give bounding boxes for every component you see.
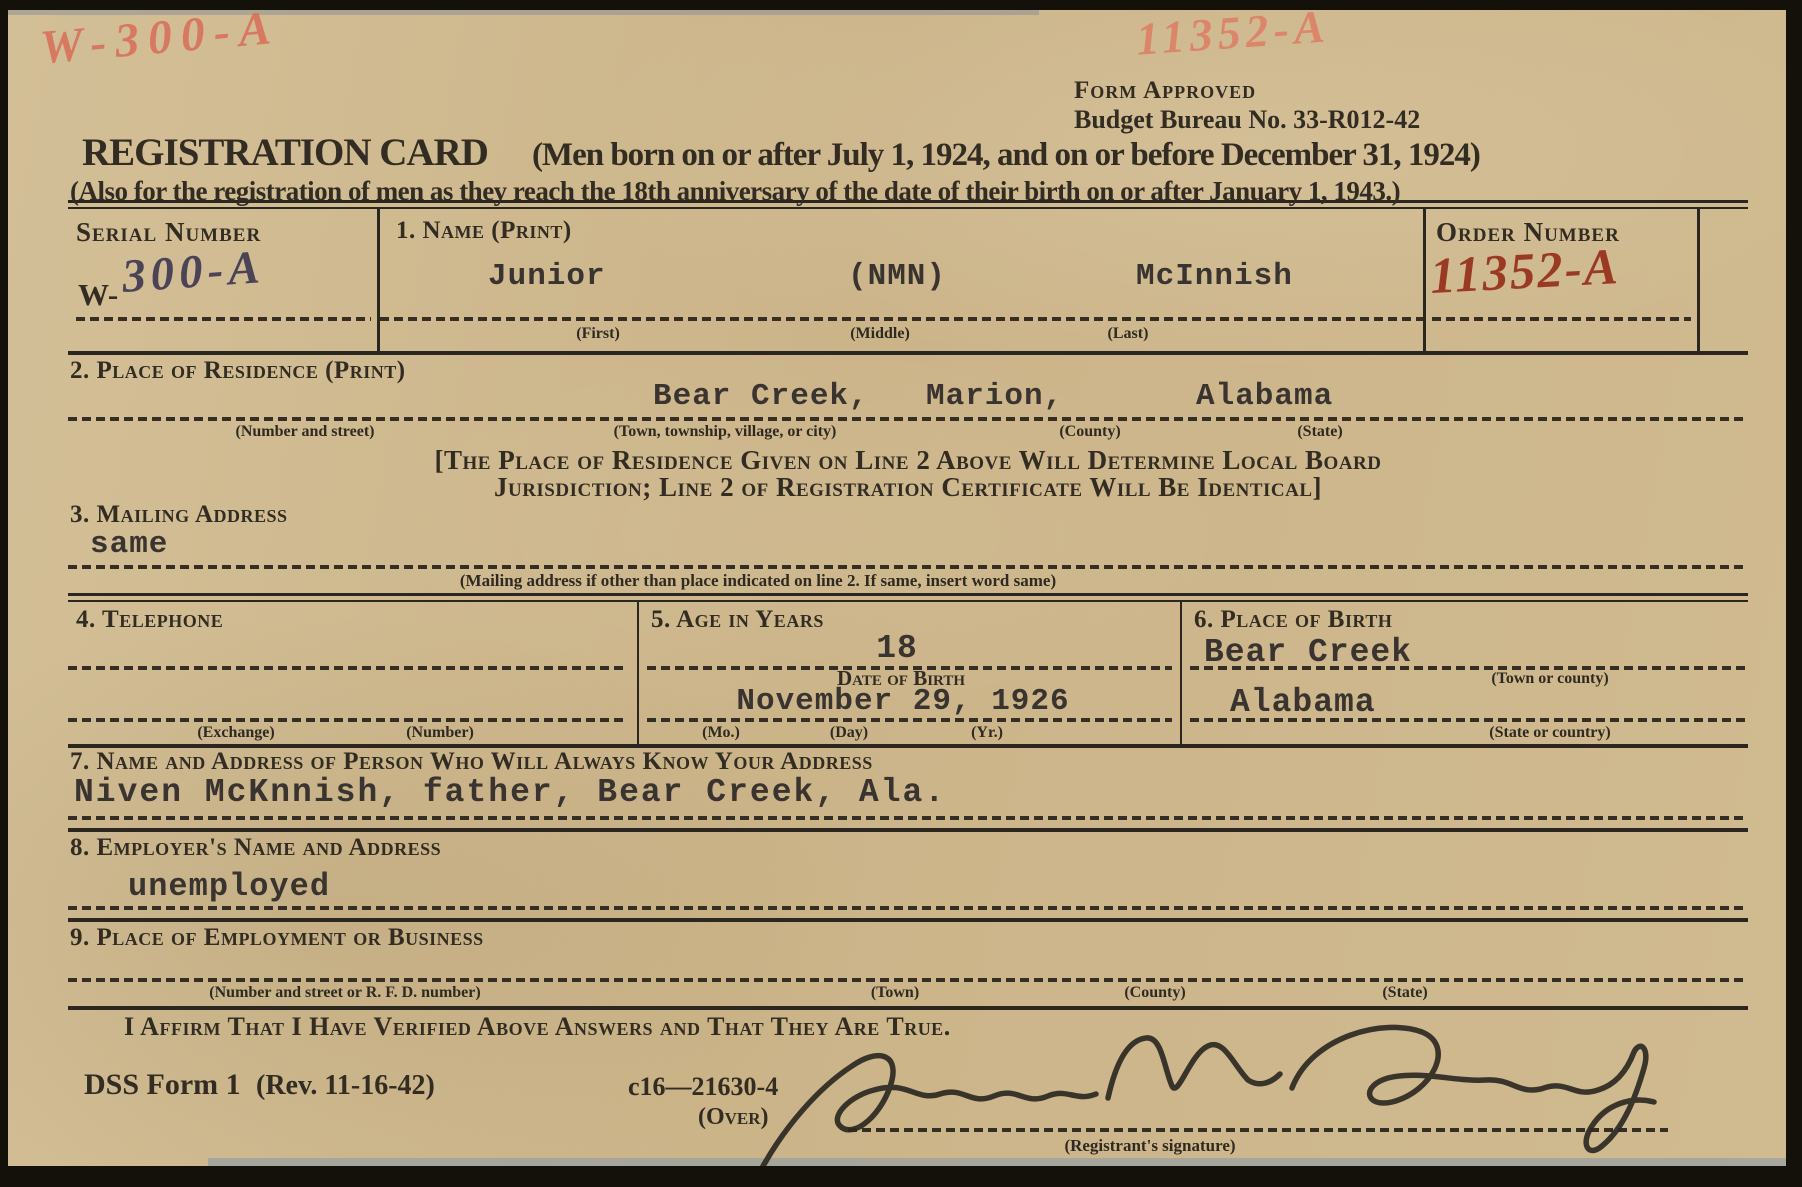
card-title-note: (Men born on or after July 1, 1924, and … [532,137,1480,174]
last-caption: (Last) [1108,325,1149,343]
birthplace-state-fill-line [1190,718,1748,722]
first-caption: (First) [576,325,620,343]
form-id: DSS Form 1 [84,1068,241,1102]
dob-value: November 29, 1926 [736,684,1069,719]
month-caption: (Mo.) [702,724,740,742]
employer-row: 8. Employer's Name and Address unemploye… [68,832,1748,918]
residence-fill-line [68,417,1748,421]
telephone-age-birth-row: 4. Telephone (Exchange) (Number) 5. Age … [68,602,1748,744]
card-header: Form Approved Budget Bureau No. 33-R012-… [68,24,1748,200]
order-number-box: Order Number 11352-A [1423,209,1700,351]
age-box: 5. Age in Years 18 Date of Birth Novembe… [637,602,1180,744]
contact-value: Niven McKnnish, father, Bear Creek, Ala. [74,774,946,811]
telephone-fill-line-1 [68,666,627,670]
serial-prefix: W- [78,277,118,313]
name-middle-value: (NMN) [848,259,946,294]
double-rule-mid [68,593,1748,602]
mailing-fill-line [68,565,1748,569]
registrant-signature-handwriting [756,1016,1676,1166]
name-first-value: Junior [488,259,606,294]
employment-place-fill-line [68,978,1748,982]
residence-county-caption: (County) [1059,423,1120,441]
birthplace-state-caption: (State or country) [1489,724,1610,742]
name-field-label: 1. Name (Print) [396,217,572,245]
title-row: REGISTRATION CARD (Men born on or after … [82,130,1480,175]
contact-fill-line [68,816,1748,820]
telephone-fill-line-2 [68,718,627,722]
year-caption: (Yr.) [971,724,1003,742]
residence-label: 2. Place of Residence (Print) [70,357,406,385]
telephone-box: 4. Telephone (Exchange) (Number) [68,602,637,744]
form-approved-line: Form Approved [1074,76,1420,105]
number-caption: (Number) [406,724,474,742]
employer-fill-line [68,906,1748,910]
employment-street-caption: (Number and street or R. F. D. number) [209,984,480,1002]
card-content: Form Approved Budget Bureau No. 33-R012-… [68,24,1748,1160]
birthplace-state-value: Alabama [1230,684,1376,721]
contact-label: 7. Name and Address of Person Who Will A… [70,748,873,776]
employment-town-caption: (Town) [871,984,919,1002]
residence-street-caption: (Number and street) [236,423,375,441]
name-fill-line [380,317,1423,321]
serial-number-box: Serial Number W- 300-A [68,209,377,351]
form-approved-block: Form Approved Budget Bureau No. 33-R012-… [1074,76,1420,134]
mailing-value: same [90,527,168,562]
card-paper: W-300-A 11352-A Form Approved Budget Bur… [8,10,1786,1166]
contact-row: 7. Name and Address of Person Who Will A… [68,748,1748,828]
mailing-caption: (Mailing address if other than place ind… [460,571,1056,591]
residence-town-caption: (Town, township, village, or city) [614,423,837,441]
day-caption: (Day) [830,724,868,742]
age-label: 5. Age in Years [651,606,824,634]
scanned-registration-card: { "colors": { "paper": "#cfb88e", "print… [0,0,1802,1187]
name-field-box: 1. Name (Print) Junior (NMN) McInnish (F… [377,209,1423,351]
employer-value: unemployed [128,868,330,905]
age-value: 18 [876,630,918,667]
order-handwritten-value: 11352-A [1429,238,1621,306]
birthplace-town-fill-line [1190,666,1748,670]
form-revision: (Rev. 11-16-42) [256,1070,435,1102]
jurisdiction-note-line1: [The Place of Residence Given on Line 2 … [68,447,1748,474]
residence-state-caption: (State) [1297,423,1342,441]
residence-county-value: Marion, [926,379,1063,414]
employment-place-label: 9. Place of Employment or Business [70,924,484,952]
order-fill-line [1432,317,1691,321]
middle-caption: (Middle) [850,325,910,343]
employer-label: 8. Employer's Name and Address [70,834,441,862]
employment-place-row: 9. Place of Employment or Business (Numb… [68,922,1748,1006]
residence-row: 2. Place of Residence (Print) Bear Creek… [68,355,1748,447]
employment-state-caption: (State) [1382,984,1427,1002]
card-subtitle: (Also for the registration of men as the… [70,176,1400,207]
jurisdiction-note: [The Place of Residence Given on Line 2 … [68,447,1748,501]
telephone-label: 4. Telephone [76,606,223,634]
order-box-margin [1700,209,1748,351]
residence-state-value: Alabama [1196,379,1333,414]
mailing-label: 3. Mailing Address [70,501,288,529]
dob-fill-line [647,718,1172,722]
exchange-caption: (Exchange) [197,724,274,742]
birthplace-box: 6. Place of Birth Bear Creek (Town or co… [1180,602,1748,744]
residence-town-value: Bear Creek, [653,379,869,414]
serial-name-order-row: Serial Number W- 300-A 1. Name (Print) J… [68,209,1748,351]
card-title: REGISTRATION CARD [82,130,488,175]
employment-county-caption: (County) [1124,984,1185,1002]
serial-handwritten-value: 300-A [120,240,266,304]
footer-row: DSS Form 1 (Rev. 11-16-42) c16—21630-4 (… [68,1042,1748,1160]
jurisdiction-note-line2: Jurisdiction; Line 2 of Registration Cer… [68,474,1748,501]
mailing-row: 3. Mailing Address same (Mailing address… [68,501,1748,593]
birthplace-label: 6. Place of Birth [1194,606,1392,634]
birthplace-town-caption: (Town or county) [1491,670,1608,688]
name-last-value: McInnish [1136,259,1293,294]
serial-fill-line [76,317,371,321]
